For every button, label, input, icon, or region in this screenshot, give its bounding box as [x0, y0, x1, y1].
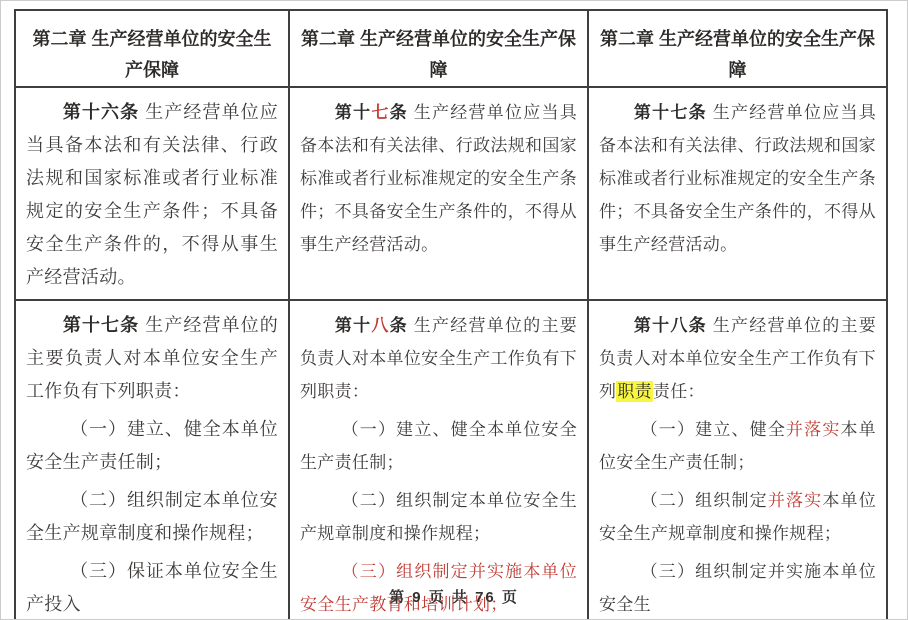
chapter-header-col2: 第二章 生产经营单位的安全生产保障 [289, 10, 588, 87]
text-segment: 第十六条 [63, 102, 139, 122]
chapter-header-row: 第二章 生产经营单位的安全生产保障 第二章 生产经营单位的安全生产保障 第二章 … [15, 10, 887, 87]
paragraph: （二）组织制定本单位安全生产规章制度和操作规程； [26, 484, 278, 550]
article-row-2: 第十七条 生产经营单位的主要负责人对本单位安全生产工作负有下列职责：（一）建立、… [15, 300, 887, 620]
paragraph: 第十八条 生产经营单位的主要负责人对本单位安全生产工作负有下列职责责任： [599, 309, 876, 408]
paragraph: （一）建立、健全并落实本单位安全生产责任制； [599, 413, 876, 479]
text-segment: （二）组织制定本单位安全生产规章制度和操作规程； [26, 490, 278, 543]
paragraph: （二）组织制定本单位安全生产规章制度和操作规程； [300, 484, 577, 550]
article-row-1: 第十六条 生产经营单位应当具备本法和有关法律、行政法规和国家标准或者行业标准规定… [15, 87, 887, 300]
text-segment: （二）组织制定本单位安全生产规章制度和操作规程； [300, 491, 577, 543]
paragraph: 第十七条 生产经营单位应当具备本法和有关法律、行政法规和国家标准或者行业标准规定… [300, 96, 577, 261]
paragraph: （一）建立、健全本单位安全生产责任制； [26, 413, 278, 479]
document-page: 第二章 生产经营单位的安全生产保障 第二章 生产经营单位的安全生产保障 第二章 … [0, 0, 908, 620]
text-segment: （一）建立、健全 [641, 420, 786, 439]
paragraph: 第十七条 生产经营单位的主要负责人对本单位安全生产工作负有下列职责： [26, 309, 278, 408]
text-segment: 条 [390, 316, 408, 335]
paragraph: （二）组织制定并落实本单位安全生产规章制度和操作规程； [599, 484, 876, 550]
text-segment: （一）建立、健全本单位安全生产责任制； [300, 420, 577, 472]
text-segment: 并落实 [768, 491, 823, 510]
text-segment: 第十 [335, 103, 371, 122]
article16-cell-col1: 第十六条 生产经营单位应当具备本法和有关法律、行政法规和国家标准或者行业标准规定… [15, 87, 289, 300]
text-segment: 并落实 [786, 420, 841, 439]
text-segment: 生产经营单位应当具备本法和有关法律、行政法规和国家标准或者行业标准规定的安全生产… [599, 103, 876, 254]
text-segment: 第十 [335, 316, 371, 335]
article17-cell-col3: 第十七条 生产经营单位应当具备本法和有关法律、行政法规和国家标准或者行业标准规定… [588, 87, 887, 300]
article18-duties-cell-col3: 第十八条 生产经营单位的主要负责人对本单位安全生产工作负有下列职责责任：（一）建… [588, 300, 887, 620]
highlighted-text: 职责 [616, 381, 653, 402]
text-segment: 条 [390, 103, 408, 122]
article17-duties-cell-col1: 第十七条 生产经营单位的主要负责人对本单位安全生产工作负有下列职责：（一）建立、… [15, 300, 289, 620]
text-segment: 责任： [653, 382, 705, 401]
text-segment: 八 [371, 316, 389, 335]
text-segment: 第十七条 [634, 103, 707, 122]
article18-duties-cell-col2: 第十八条 生产经营单位的主要负责人对本单位安全生产工作负有下列职责：（一）建立、… [289, 300, 588, 620]
text-segment: 第十八条 [634, 316, 707, 335]
paragraph: （一）建立、健全本单位安全生产责任制； [300, 413, 577, 479]
law-comparison-table: 第二章 生产经营单位的安全生产保障 第二章 生产经营单位的安全生产保障 第二章 … [14, 9, 888, 620]
paragraph: 第十六条 生产经营单位应当具备本法和有关法律、行政法规和国家标准或者行业标准规定… [26, 96, 278, 294]
text-segment: 生产经营单位应当具备本法和有关法律、行政法规和国家标准或者行业标准规定的安全生产… [300, 103, 577, 254]
paragraph: 第十七条 生产经营单位应当具备本法和有关法律、行政法规和国家标准或者行业标准规定… [599, 96, 876, 261]
text-segment: （一）建立、健全本单位安全生产责任制； [26, 419, 278, 472]
text-segment: （二）组织制定 [641, 491, 768, 510]
page-number: 第 9 页 共 76 页 [1, 586, 907, 607]
chapter-header-col1: 第二章 生产经营单位的安全生产保障 [15, 10, 289, 87]
article17-cell-col2: 第十七条 生产经营单位应当具备本法和有关法律、行政法规和国家标准或者行业标准规定… [289, 87, 588, 300]
paragraph: 第十八条 生产经营单位的主要负责人对本单位安全生产工作负有下列职责： [300, 309, 577, 408]
text-segment: 生产经营单位应当具备本法和有关法律、行政法规和国家标准或者行业标准规定的安全生产… [26, 102, 278, 287]
text-segment: 七 [371, 103, 389, 122]
chapter-header-col3: 第二章 生产经营单位的安全生产保障 [588, 10, 887, 87]
text-segment: 第十七条 [63, 315, 139, 335]
